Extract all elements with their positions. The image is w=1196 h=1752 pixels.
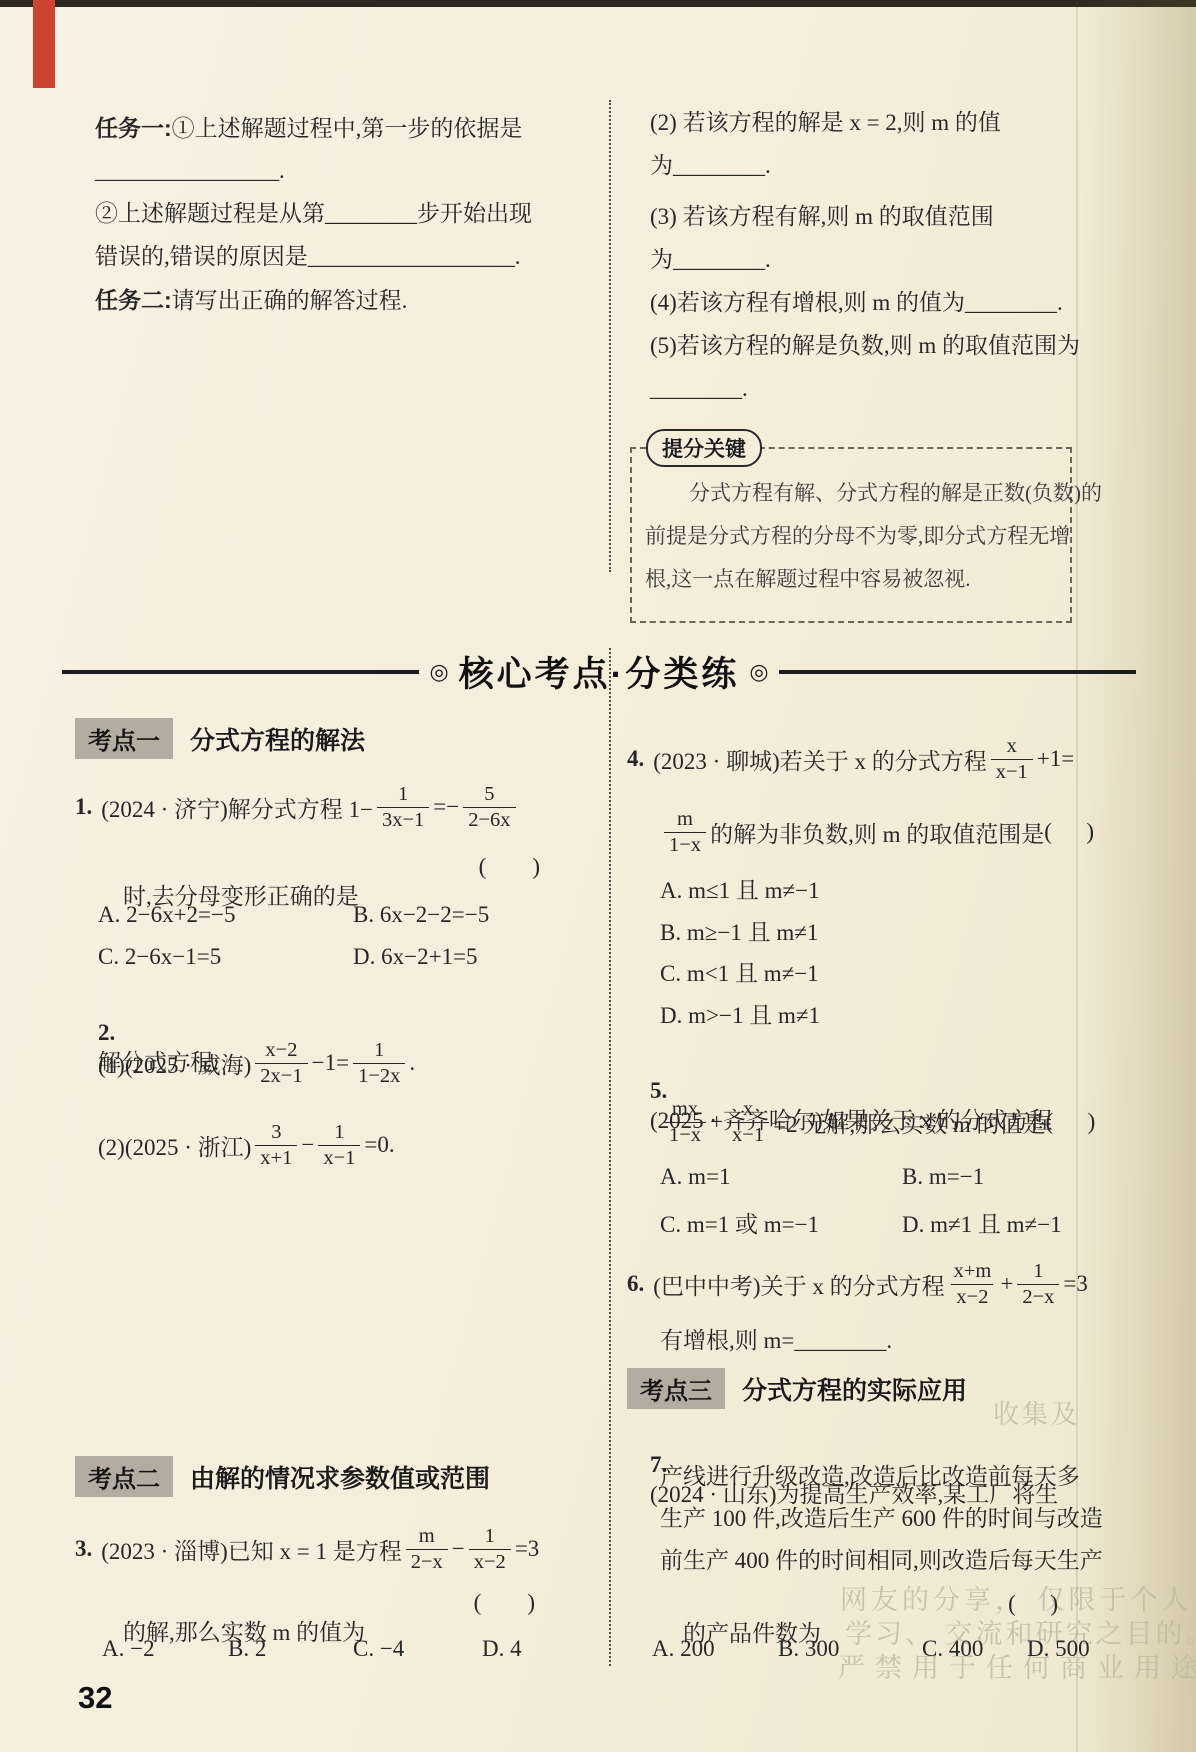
denominator: 3x−1 <box>377 807 429 832</box>
numerator: m <box>672 808 698 832</box>
rule-line-left <box>62 670 419 674</box>
answer-paren: ( ) <box>1045 1109 1095 1135</box>
numerator: m <box>414 1525 440 1549</box>
option-c: C. 400 <box>922 1636 1027 1662</box>
denominator: 2−x <box>406 1549 448 1574</box>
numerator: x+m <box>949 1260 997 1284</box>
problem3-options: A. −2 B. 2 C. −4 D. 4 <box>102 1636 522 1662</box>
problem6-mid: + <box>1000 1271 1013 1297</box>
denominator: x−1 <box>727 1122 769 1147</box>
fraction: mx1−x <box>664 1098 706 1147</box>
option-b: B. 2 <box>228 1636 353 1662</box>
denominator: x+1 <box>255 1145 297 1170</box>
subq3-line2: 为________. <box>650 245 771 275</box>
problem1-options-cd: C. 2−6x−1=5 D. 6x−2+1=5 <box>98 944 478 970</box>
fraction: 1x−1 <box>318 1121 360 1170</box>
ring-icon: ◎ <box>749 659 768 685</box>
problem1-equation-line: 1. (2024 · 济宁)解分式方程 1− 13x−1 =− 52−6x <box>75 778 520 836</box>
section-header: ◎ 核心考点·分类练 ◎ <box>62 650 1136 694</box>
fraction: xx−1 <box>991 735 1033 784</box>
problem7-line4: 前生产 400 件的时间相同,则改造后每天生产 <box>660 1546 1103 1576</box>
kaodian1-row: 考点一 分式方程的解法 <box>75 718 365 759</box>
answer-paren: ( ) <box>479 852 540 882</box>
numerator: x <box>1002 735 1022 759</box>
tip-text-line: 前提是分式方程的分母不为零,即分式方程无增 <box>645 520 1070 550</box>
kaodian2-badge: 考点二 <box>75 1456 173 1497</box>
subq2-line1: (2) 若该方程的解是 x = 2,则 m 的值 <box>650 108 1001 138</box>
task2-label: 任务二: <box>95 287 172 313</box>
key-tip-label: 提分关键 <box>646 429 762 467</box>
problem6-intro: (巴中中考)关于 x 的分式方程 <box>653 1268 944 1301</box>
problem4-option-a: A. m≤1 且 m≠−1 <box>660 876 820 906</box>
denominator: x−1 <box>318 1145 360 1170</box>
problem3-intro: (2023 · 淄博)已知 x = 1 是方程 <box>101 1533 401 1566</box>
problem5-equation-line: mx1−x + xx−1 =2 无解,那么实数 m 的值是 ( ) <box>660 1092 1072 1152</box>
task1-line3: ②上述解题过程是从第________步开始出现 <box>95 199 532 229</box>
photo-top-edge <box>0 0 1196 7</box>
problem4-option-b: B. m≥−1 且 m≠1 <box>660 918 818 948</box>
column-divider-top <box>609 100 611 572</box>
fraction: 13x−1 <box>377 783 429 832</box>
problem4-option-d: D. m>−1 且 m≠1 <box>660 1001 820 1031</box>
problem2-sub1-equation: (1)(2025 · 威海) x−22x−1 −1= 11−2x . <box>98 1034 415 1092</box>
kaodian1-badge: 考点一 <box>75 718 173 759</box>
problem5-mid: + <box>710 1109 723 1135</box>
problem2-sub2-intro: (2)(2025 · 浙江) <box>98 1129 251 1162</box>
numerator: x <box>738 1098 758 1122</box>
problem4-number: 4. <box>627 746 644 772</box>
problem3-number: 3. <box>75 1536 92 1562</box>
problem2-sub2-equation: (2)(2025 · 浙江) 3x+1 − 1x−1 =0. <box>98 1114 395 1176</box>
option-a: A. 2−6x+2=−5 <box>98 902 353 928</box>
page-number: 32 <box>78 1680 112 1716</box>
option-c: C. 2−6x−1=5 <box>98 944 353 970</box>
denominator: 2−x <box>1017 1284 1059 1309</box>
fraction: 12−x <box>1017 1260 1059 1309</box>
problem1-intro: (2024 · 济宁)解分式方程 1− <box>101 791 373 824</box>
key-tip-box: 提分关键 分式方程有解、分式方程的解是正数(负数)的 前提是分式方程的分母不为零… <box>630 447 1072 623</box>
page-right-shadow <box>1076 0 1196 1752</box>
numerator: 3 <box>266 1121 286 1145</box>
problem7-line2: 产线进行升级改造,改造后比改造前每天多 <box>660 1462 1080 1492</box>
tip-text-line: 分式方程有解、分式方程的解是正数(负数)的 <box>645 477 1102 507</box>
task1-blank-line: ________________. <box>95 156 285 186</box>
denominator: x−2 <box>951 1284 993 1309</box>
subq2-line2: 为________. <box>650 151 771 181</box>
denominator: 1−2x <box>353 1063 405 1088</box>
problem2-sub1-intro: (1)(2025 · 威海) <box>98 1047 251 1080</box>
answer-paren: ( ) <box>1044 819 1094 845</box>
red-edge-mark <box>33 0 55 88</box>
numerator: 1 <box>329 1121 349 1145</box>
task1-text: ①上述解题过程中,第一步的依据是 <box>172 116 523 141</box>
fraction: x+mx−2 <box>949 1260 997 1309</box>
problem1-options-ab: A. 2−6x+2=−5 B. 6x−2−2=−5 <box>98 902 489 928</box>
numerator: 1 <box>480 1525 500 1549</box>
problem6-number: 6. <box>627 1271 644 1297</box>
problem6-end: =3 <box>1063 1271 1087 1297</box>
problem3-end: =3 <box>515 1536 539 1562</box>
numerator: 5 <box>479 783 499 807</box>
column-divider-bottom <box>609 648 611 1666</box>
ring-icon: ◎ <box>429 659 448 685</box>
numerator: 1 <box>1028 1260 1048 1284</box>
subq4-line: (4)若该方程有增根,则 m 的值为________. <box>650 288 1063 318</box>
kaodian2-title: 由解的情况求参数值或范围 <box>190 1459 490 1495</box>
denominator: 2x−1 <box>255 1063 307 1088</box>
problem3-mid: − <box>452 1536 465 1562</box>
problem2-sub1-mid: −1= <box>312 1050 349 1076</box>
answer-paren: ( ) <box>474 1588 535 1618</box>
denominator: 1−x <box>664 1122 706 1147</box>
task1-line4: 错误的,错误的原因是__________________. <box>95 242 521 272</box>
problem4-mid: +1= <box>1037 746 1074 772</box>
problem4-line2-text: 的解为非负数,则 m 的取值范围是 <box>710 816 1044 849</box>
task1-label: 任务一: <box>95 115 172 141</box>
fraction: x−22x−1 <box>255 1039 307 1088</box>
subq3-line1: (3) 若该方程有解,则 m 的取值范围 <box>650 202 994 232</box>
option-d: D. m≠1 且 m≠−1 <box>902 1206 1062 1239</box>
textbook-page: 收集及 网友的分享， 仅限于个人 学习、 交流和研究之目的。 严禁用于任何商业用… <box>0 0 1196 1752</box>
fraction: 1x−2 <box>469 1525 511 1574</box>
fraction: m2−x <box>406 1525 448 1574</box>
kaodian3-title: 分式方程的实际应用 <box>742 1371 967 1407</box>
section-title: 核心考点·分类练 <box>459 647 740 697</box>
problem6-line2: 有增根,则 m=________. <box>660 1326 892 1356</box>
problem5-after: =2 无解,那么实数 m 的值是 <box>773 1106 1045 1139</box>
problem5-options-ab: A. m=1 B. m=−1 <box>660 1164 984 1190</box>
task2-text: 请写出正确的解答过程. <box>172 288 408 313</box>
option-a: A. −2 <box>102 1636 228 1662</box>
option-c: C. m=1 或 m=−1 <box>660 1206 902 1239</box>
task1-line1: 任务一:①上述解题过程中,第一步的依据是 <box>95 113 522 144</box>
problem4-option-c: C. m<1 且 m≠−1 <box>660 959 819 989</box>
denominator: x−2 <box>469 1549 511 1574</box>
problem2-sub1-end: . <box>409 1050 415 1076</box>
fraction: 11−2x <box>353 1039 405 1088</box>
option-d: D. 500 <box>1027 1636 1090 1662</box>
subq5-blank: ________. <box>650 374 748 404</box>
problem1-mid: =− <box>433 794 459 820</box>
numerator: 1 <box>393 783 413 807</box>
denominator: 2−6x <box>463 807 515 832</box>
kaodian3-row: 考点三 分式方程的实际应用 <box>627 1368 967 1409</box>
option-d: D. 4 <box>482 1636 522 1662</box>
option-b: B. 6x−2−2=−5 <box>353 902 489 928</box>
problem4-equation-line1: 4. (2023 · 聊城)若关于 x 的分式方程 xx−1 +1= <box>627 730 1074 788</box>
subq5-line1: (5)若该方程的解是负数,则 m 的取值范围为 <box>650 331 1080 361</box>
option-a: A. m=1 <box>660 1164 902 1190</box>
problem5-options-cd: C. m=1 或 m=−1 D. m≠1 且 m≠−1 <box>660 1206 1062 1239</box>
option-b: B. m=−1 <box>902 1164 984 1190</box>
task2-line: 任务二:请写出正确的解答过程. <box>95 285 407 316</box>
numerator: 1 <box>369 1039 389 1063</box>
numerator: x−2 <box>260 1039 302 1063</box>
problem2-sub2-mid: − <box>301 1132 314 1158</box>
rule-line-right <box>779 670 1136 674</box>
problem4-equation-line2: m1−x 的解为非负数,则 m 的取值范围是 ( ) <box>660 803 1072 861</box>
fraction: xx−1 <box>727 1098 769 1147</box>
denominator: x−1 <box>991 759 1033 784</box>
answer-paren: ( ) <box>1008 1589 1058 1619</box>
option-a: A. 200 <box>652 1636 778 1662</box>
fraction: 3x+1 <box>255 1121 297 1170</box>
problem7-line3: 生产 100 件,改造后生产 600 件的时间与改造 <box>660 1504 1103 1534</box>
numerator: mx <box>667 1098 703 1122</box>
problem1-number: 1. <box>75 794 92 820</box>
option-b: B. 300 <box>778 1636 922 1662</box>
kaodian2-row: 考点二 由解的情况求参数值或范围 <box>75 1456 490 1497</box>
fraction: 52−6x <box>463 783 515 832</box>
problem6-equation-line: 6. (巴中中考)关于 x 的分式方程 x+mx−2 + 12−x =3 <box>627 1254 1088 1314</box>
tip-text-line: 根,这一点在解题过程中容易被忽视. <box>645 563 971 593</box>
option-d: D. 6x−2+1=5 <box>353 944 478 970</box>
problem7-options: A. 200 B. 300 C. 400 D. 500 <box>652 1636 1090 1662</box>
problem4-intro: (2023 · 聊城)若关于 x 的分式方程 <box>653 743 986 776</box>
denominator: 1−x <box>664 832 706 857</box>
kaodian3-badge: 考点三 <box>627 1368 725 1409</box>
fraction: m1−x <box>664 808 706 857</box>
option-c: C. −4 <box>353 1636 482 1662</box>
problem2-sub2-end: =0. <box>364 1132 394 1158</box>
kaodian1-title: 分式方程的解法 <box>190 721 365 757</box>
problem3-equation-line: 3. (2023 · 淄博)已知 x = 1 是方程 m2−x − 1x−2 =… <box>75 1520 539 1578</box>
